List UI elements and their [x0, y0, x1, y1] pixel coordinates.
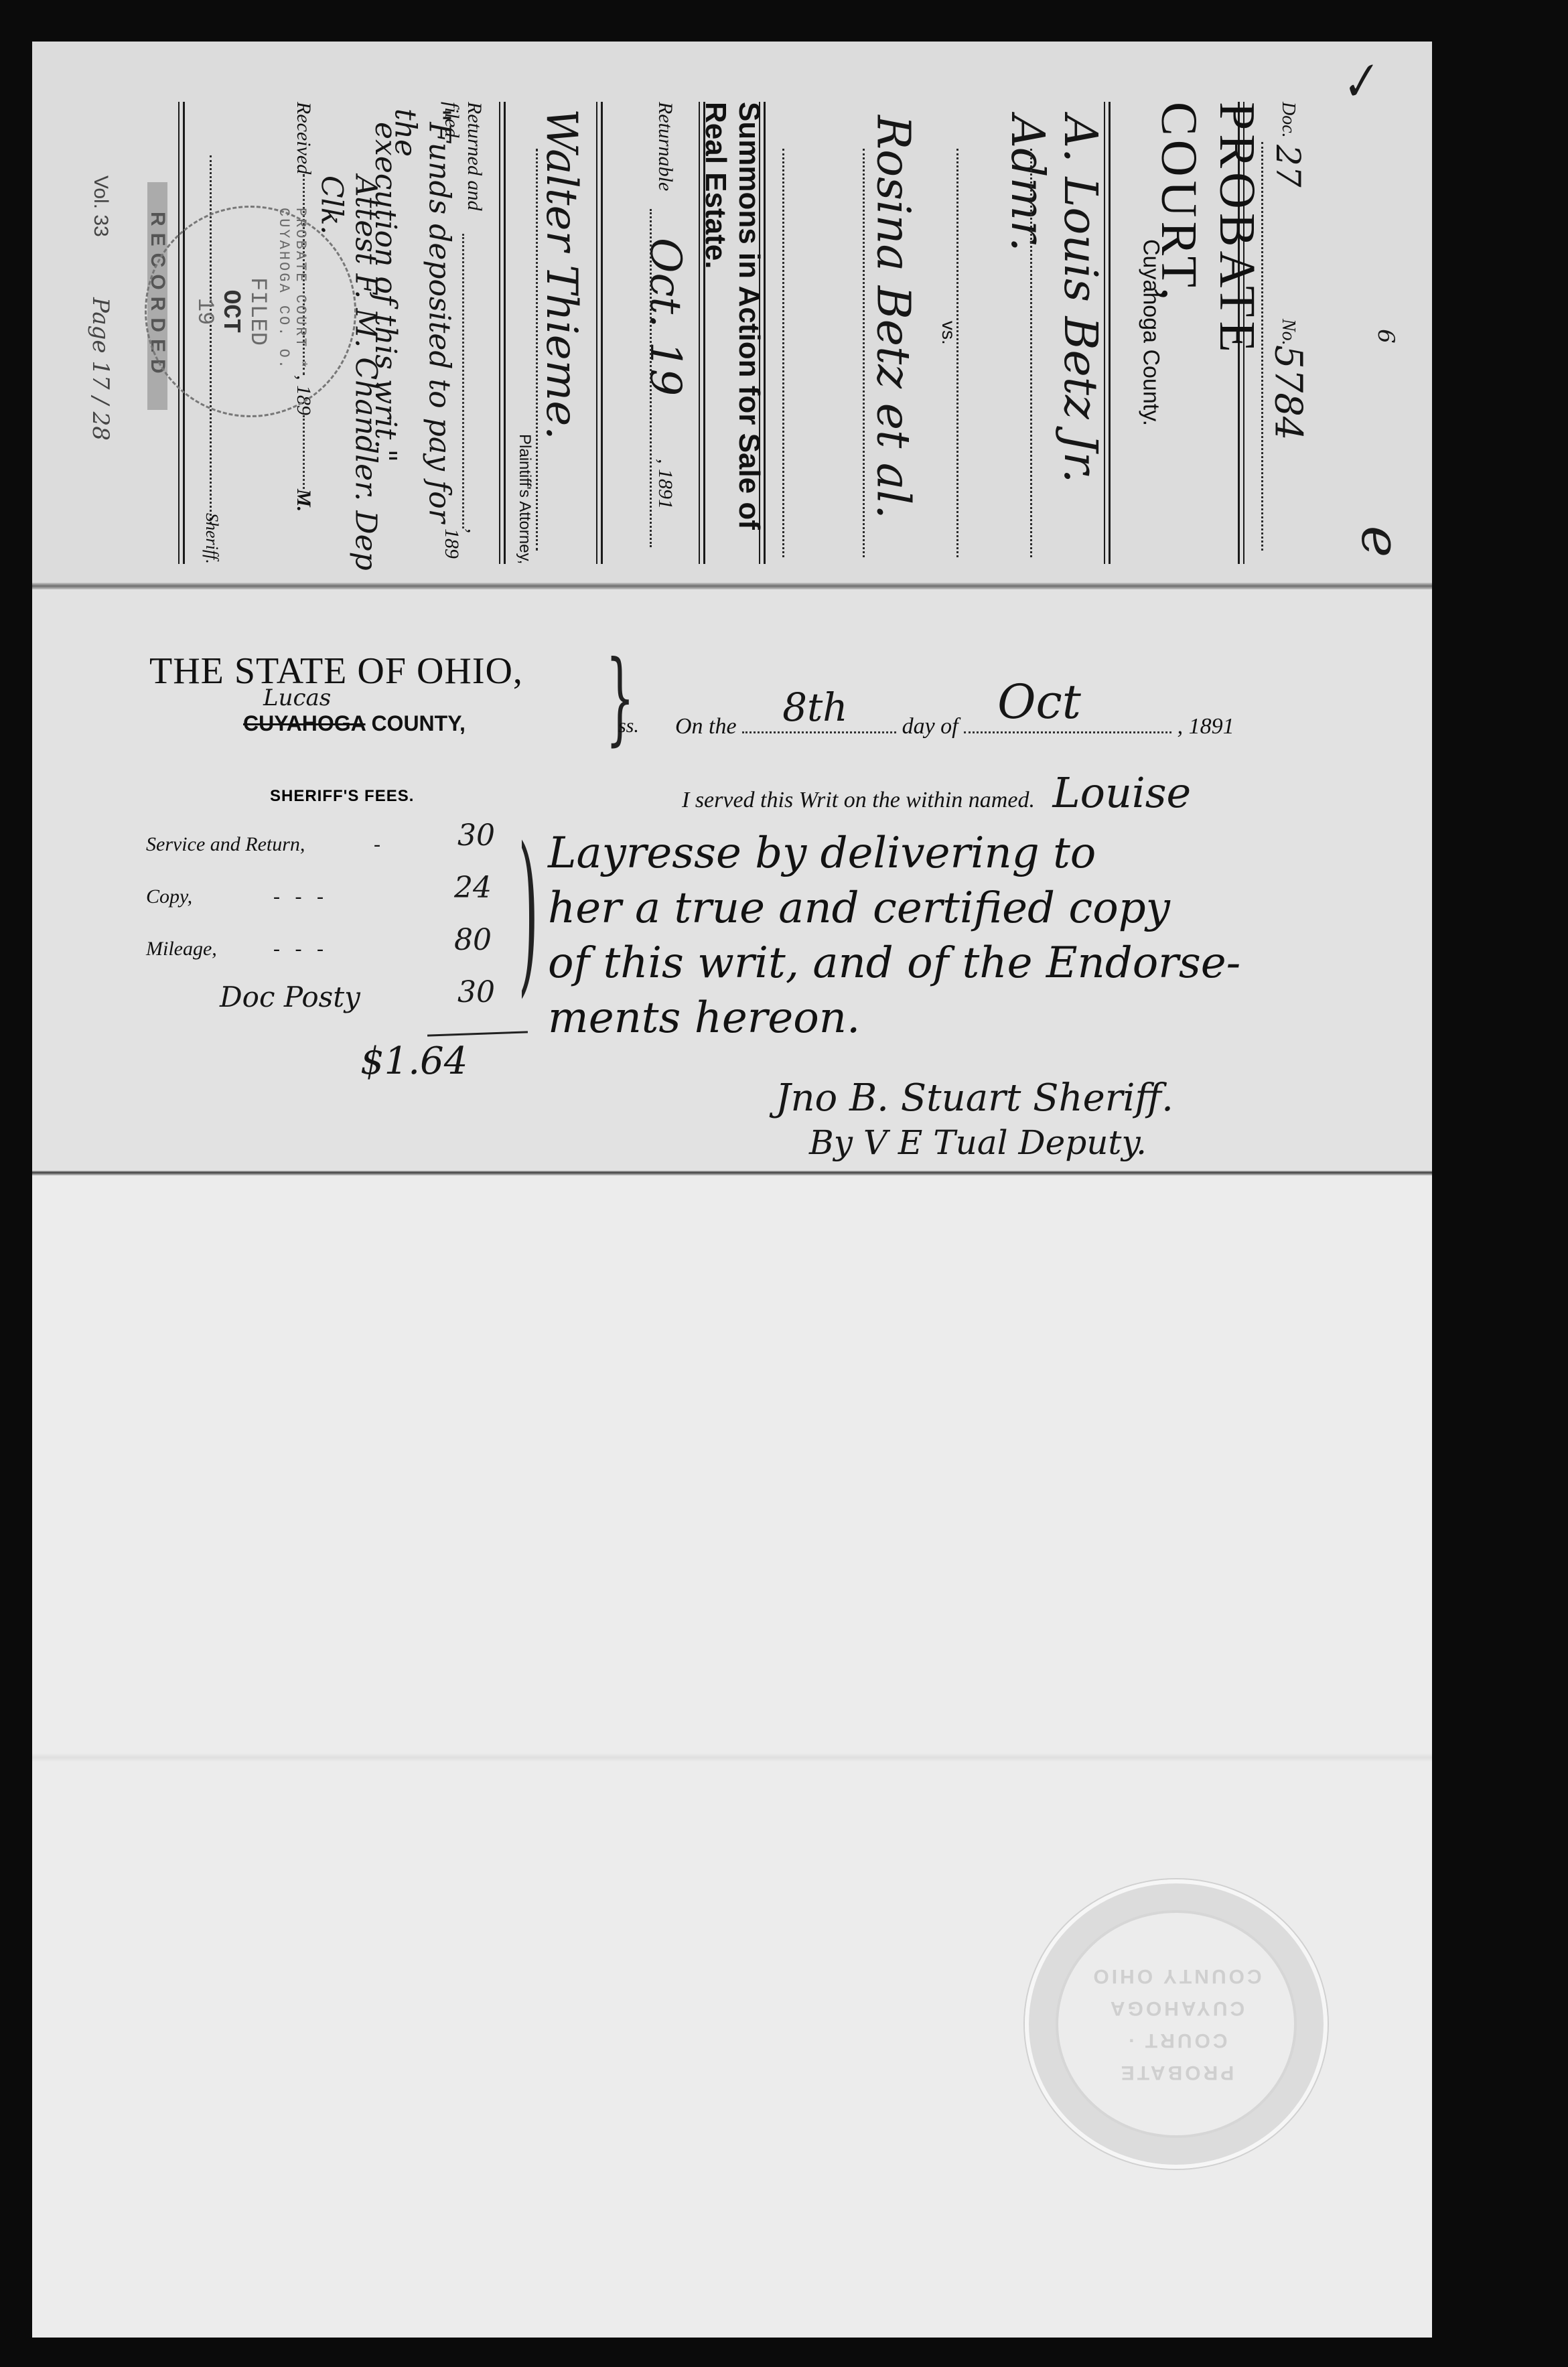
sheriff-signature: Jno B. Stuart Sheriff.	[776, 1076, 1173, 1120]
attorney-name: Walter Thieme.	[531, 102, 591, 571]
fee-row: Copy, - - - 24	[146, 871, 548, 923]
stamp-page: Page 17 / 28	[87, 297, 114, 441]
stamp-day: 19	[192, 298, 218, 326]
no-label: No.	[1277, 319, 1299, 346]
deputy-signature: By V E Tual Deputy.	[809, 1123, 1147, 1162]
month-field: Oct	[964, 711, 1171, 733]
defendant-name: Rosina Betz et al.	[866, 102, 920, 577]
state-heading: THE STATE OF OHIO,	[149, 650, 523, 693]
county-line: CUYAHOGA COUNTY,	[243, 711, 466, 736]
filed-date-stamp: PROBATE COURT * CUYAHOGA CO. O. FILED OC…	[145, 206, 356, 417]
brace-icon: )	[518, 825, 539, 999]
fees-total: $1.64	[360, 1039, 468, 1083]
returned-dotted-line	[462, 234, 464, 528]
stamp-month: OCT	[218, 290, 245, 334]
fees-heading: SHERIFF'S FEES.	[270, 787, 414, 806]
fee-row: Mileage, - - - 80	[146, 923, 548, 975]
returnable-line: Returnable Oct. 19 , 1891	[638, 102, 692, 564]
corner-number: 6	[1372, 329, 1399, 344]
return-line: ments hereon.	[548, 997, 1419, 1052]
served-text: I served this Writ on the within named.	[682, 788, 1035, 812]
county-struck: CUYAHOGA	[243, 711, 366, 735]
fold-line	[32, 1753, 1432, 1762]
ss-label: ss.	[618, 715, 639, 737]
plaintiff-dotted-line	[1030, 149, 1032, 557]
doc-label: Doc.	[1277, 102, 1299, 138]
embossed-court-seal: PROBATE COURT · CUYAHOGA COUNTY OHIO	[1025, 1879, 1328, 2169]
defendant-dotted-line	[863, 149, 865, 557]
versus-label: vs.	[936, 102, 960, 564]
return-line: her a true and certified copy	[548, 887, 1419, 942]
double-rule	[1109, 102, 1111, 564]
double-rule	[504, 102, 506, 564]
action-title: Summons in Action for Sale of Real Estat…	[712, 102, 752, 564]
received-dotted-line	[303, 415, 305, 489]
returnable-label: Returnable	[654, 102, 676, 191]
return-text: Layresse by delivering to her a true and…	[548, 832, 1419, 1052]
double-rule	[699, 102, 700, 564]
volume-page-stamp: Vol. 33 Page 17 / 28	[80, 175, 121, 551]
court-title: PROBATE COURT,	[1181, 102, 1234, 564]
doc-value: 27	[1269, 145, 1307, 292]
double-rule	[703, 102, 705, 564]
attorney-dotted-line	[536, 149, 538, 551]
day-field: 8th	[742, 711, 896, 733]
fee-row: Doc Posty 30	[146, 975, 548, 1022]
dotted-line	[782, 149, 784, 557]
month-value: Oct	[997, 674, 1081, 729]
stamp-volume: Vol. 33	[89, 175, 112, 237]
served-line: I served this Writ on the within named. …	[682, 768, 1191, 817]
stamp-ring-text: PROBATE COURT * CUYAHOGA CO. O.	[276, 208, 309, 415]
corner-letter: e	[1350, 526, 1412, 557]
service-date-line: On the 8th day of Oct , 1891	[675, 711, 1234, 739]
stamp-filed: FILED	[245, 277, 271, 346]
day-value: 8th	[782, 685, 848, 730]
served-name: Louise	[1052, 768, 1191, 817]
fold-line	[32, 1171, 1432, 1175]
doc-number-line: Doc. 27 No. 5784	[1268, 102, 1308, 564]
fees-table: Service and Return, - 30 Copy, - - - 24 …	[146, 818, 548, 1022]
double-rule	[499, 102, 500, 564]
case-number: 5784	[1267, 345, 1310, 441]
on-the-label: On the	[675, 714, 737, 739]
returnable-dotted-line	[650, 209, 652, 547]
double-rule	[596, 102, 597, 564]
note-line-1: "Funds deposited to pay for the	[404, 102, 441, 571]
attorney-label: Plaintiff's Attorney,	[514, 363, 534, 564]
fee-row: Service and Return, - 30	[146, 818, 548, 871]
received-suffix: M.	[292, 489, 315, 512]
returnable-year: , 1891	[654, 459, 676, 509]
double-rule	[601, 102, 603, 564]
county-suffix: COUNTY,	[371, 711, 465, 735]
day-of-label: day of	[902, 714, 958, 739]
returnable-date: Oct. 19	[640, 238, 690, 459]
return-line: of this writ, and of the Endorse-	[548, 942, 1419, 997]
fold-line	[32, 583, 1432, 589]
plaintiff-name: A. Louis Betz Jr. Admr.	[1027, 102, 1080, 577]
return-line: Layresse by delivering to	[548, 832, 1419, 887]
sheriff-label: Sheriff.	[198, 443, 225, 564]
county-handwritten: Lucas	[263, 685, 331, 711]
year-value: , 1891	[1178, 714, 1234, 739]
received-label: Received	[292, 102, 315, 174]
court-county: Cuyahoga County.	[1134, 102, 1167, 564]
document-paper: ✓ 6 e Doc. 27 No. 5784 PROBATE COURT, Cu…	[32, 42, 1432, 2338]
